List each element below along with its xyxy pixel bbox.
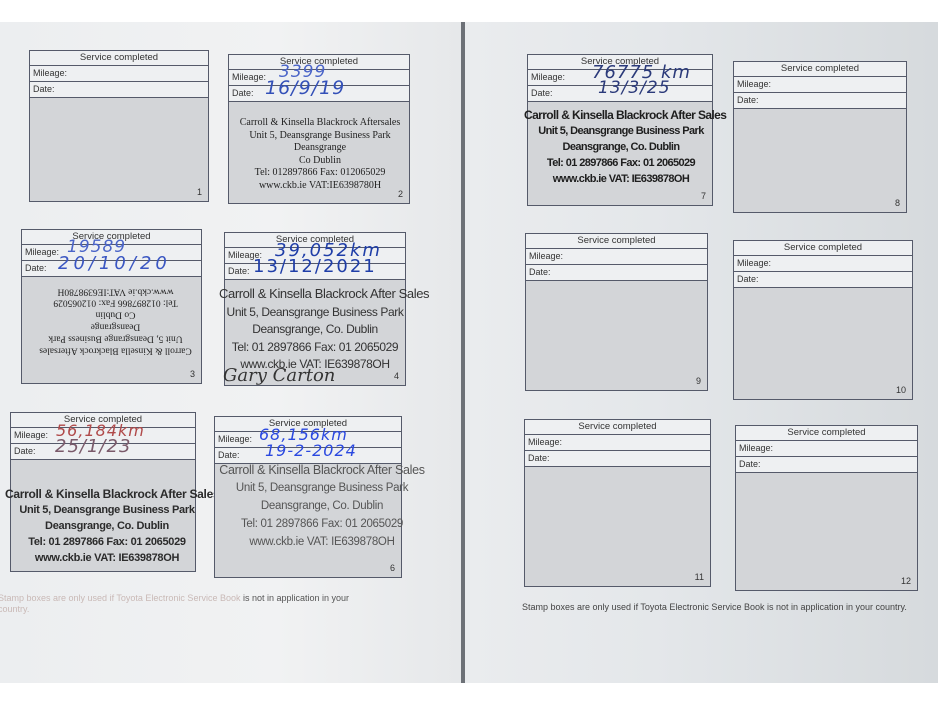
stamp-line: Unit 5, Deansgrange Business Park	[5, 503, 209, 519]
box-header: Service completed	[526, 234, 707, 249]
date-value: 20/10/20	[58, 256, 171, 271]
stamp-line: www.ckb.ie VAT:IE6398780H	[18, 284, 213, 296]
mileage-label: Mileage:	[25, 247, 59, 257]
stamp-line: Unit 5, Deansgrange Business Park	[219, 480, 425, 498]
stamp-line: Carroll & Kinsella Blackrock After Sales	[219, 461, 425, 480]
stamp-line: Deansgrange, Co. Dublin	[219, 321, 411, 338]
box-number: 9	[696, 376, 701, 386]
dealer-stamp: Carroll & Kinsella Blackrock After Sales…	[524, 107, 718, 188]
box-number: 6	[390, 563, 395, 573]
mileage-label: Mileage:	[33, 68, 67, 78]
dealer-stamp: Carroll & Kinsella Blackrock After Sales…	[219, 285, 411, 373]
mileage-label: Mileage:	[739, 443, 773, 453]
stamp-line: Tel: 01 2897866 Fax: 01 2065029	[219, 339, 411, 356]
stamp-line: Unit 5, Deansgrange Business Park	[524, 124, 718, 140]
date-label: Date:	[529, 267, 551, 277]
date-label: Date:	[531, 88, 553, 98]
stamp-line: Co Dublin	[221, 155, 419, 168]
stamp-line: Tel: 012897866 Fax: 012065029	[18, 296, 213, 308]
stamp-line: Carroll & Kinsella Blackrock Aftersales	[18, 343, 213, 355]
mileage-value: 68,156km	[259, 427, 348, 442]
stamp-line: Carroll & Kinsella Blackrock After Sales	[5, 486, 209, 503]
service-box-7: Service completed Mileage:76775 km Date:…	[527, 54, 713, 206]
box-header: Service completed	[30, 51, 208, 66]
stamp-line: Carroll & Kinsella Blackrock After Sales	[219, 285, 411, 304]
mileage-label: Mileage:	[531, 72, 565, 82]
box-header: Service completed	[734, 241, 912, 256]
date-value: 13/12/2021	[253, 259, 377, 274]
date-label: Date:	[232, 88, 254, 98]
stamp-line: www.ckb.ie VAT: IE639878OH	[524, 172, 718, 188]
mileage-label: Mileage:	[232, 72, 266, 82]
mileage-label: Mileage:	[218, 434, 252, 444]
date-field: Date:	[736, 457, 917, 473]
mileage-field: Mileage:	[736, 441, 917, 457]
date-value: 16/9/19	[265, 81, 345, 96]
stamp-line: Deansgrange	[221, 142, 419, 155]
mileage-field: Mileage:	[526, 249, 707, 265]
box-number: 10	[896, 385, 906, 395]
service-box-6: Service completed Mileage:68,156km Date:…	[214, 416, 402, 578]
dealer-stamp: Carroll & Kinsella Blackrock Aftersales …	[221, 117, 419, 192]
box-number: 1	[197, 187, 202, 197]
dealer-stamp-upside-down: Carroll & Kinsella Blackrock Aftersales …	[18, 284, 213, 355]
box-number: 11	[695, 572, 704, 582]
mileage-field: Mileage:	[734, 256, 912, 272]
box-number: 8	[895, 198, 900, 208]
service-box-12: Service completed Mileage: Date: 12	[735, 425, 918, 591]
service-box-9: Service completed Mileage: Date: 9	[525, 233, 708, 391]
stamp-line: Tel: 01 2897866 Fax: 01 2065029	[524, 156, 718, 172]
box-number: 3	[190, 369, 195, 379]
date-label: Date:	[218, 450, 240, 460]
stamp-line: www.ckb.ie VAT:IE6398780H	[221, 180, 419, 193]
date-field: Date:25/1/23	[11, 444, 195, 460]
footnote-rest: is not in application in your	[240, 593, 349, 603]
stamp-line: Deansgrange, Co. Dublin	[524, 140, 718, 156]
stamp-line: Tel: 012897866 Fax: 012065029	[221, 167, 419, 180]
service-box-5: Service completed Mileage:56,184km Date:…	[10, 412, 196, 572]
mileage-label: Mileage:	[737, 79, 771, 89]
mileage-label: Mileage:	[528, 437, 562, 447]
stamp-line: www.ckb.ie VAT: IE639878OH	[219, 534, 425, 552]
box-number: 2	[398, 189, 403, 199]
stamp-line: Tel: 01 2897866 Fax: 01 2065029	[219, 516, 425, 534]
stamp-line: www.ckb.ie VAT: IE639878OH	[5, 551, 209, 567]
service-box-1: Service completed Mileage: Date: 1	[29, 50, 209, 202]
date-field: Date:20/10/20	[22, 261, 201, 277]
box-header: Service completed	[736, 426, 917, 441]
service-box-11: Service completed Mileage: Date: 11	[524, 419, 711, 587]
date-label: Date:	[737, 95, 759, 105]
date-label: Date:	[737, 274, 759, 284]
stamp-line: Deansgrange, Co. Dublin	[219, 498, 425, 516]
date-value: 19-2-2024	[265, 443, 357, 458]
box-number: 7	[701, 191, 706, 201]
box-header: Service completed	[734, 62, 906, 77]
stamp-line: Deansgrange	[18, 320, 213, 332]
date-field: Date:16/9/19	[229, 86, 409, 102]
footnote-line2: country.	[0, 604, 29, 614]
mileage-label: Mileage:	[14, 430, 48, 440]
date-field: Date:	[525, 451, 710, 467]
stamp-line: Carroll & Kinsella Blackrock After Sales	[524, 107, 718, 124]
date-value: 13/3/25	[598, 81, 671, 96]
service-box-8: Service completed Mileage: Date: 8	[733, 61, 907, 213]
stamp-line: Unit 5, Deansgrange Business Park	[221, 130, 419, 143]
mileage-field: Mileage:	[734, 77, 906, 93]
stamp-line: Carroll & Kinsella Blackrock Aftersales	[221, 117, 419, 130]
mileage-field: Mileage:	[525, 435, 710, 451]
date-field: Date:	[526, 265, 707, 281]
service-box-2: Service completed Mileage:3399 Date:16/9…	[228, 54, 410, 204]
book-spine	[461, 22, 465, 683]
date-field: Date:13/3/25	[528, 86, 712, 102]
left-footnote: Stamp boxes are only used if Toyota Elec…	[0, 593, 398, 615]
date-label: Date:	[528, 453, 550, 463]
stamp-line: Unit 5, Deansgrange Business Park	[18, 332, 213, 344]
date-field: Date:	[30, 82, 208, 98]
mileage-label: Mileage:	[529, 251, 563, 261]
stamp-line: Unit 5, Deansgrange Business Park	[219, 304, 411, 321]
date-value: 25/1/23	[55, 439, 131, 454]
footnote-faded-part: Stamp boxes are only used if Toyota Elec…	[0, 593, 240, 603]
mileage-label: Mileage:	[737, 258, 771, 268]
stamp-line: Co Dublin	[18, 308, 213, 320]
box-number: 4	[394, 371, 399, 381]
right-footnote: Stamp boxes are only used if Toyota Elec…	[522, 602, 907, 613]
date-label: Date:	[33, 84, 55, 94]
box-header: Service completed	[525, 420, 710, 435]
date-label: Date:	[14, 446, 36, 456]
dealer-stamp: Carroll & Kinsella Blackrock After Sales…	[219, 461, 425, 552]
mileage-field: Mileage:	[30, 66, 208, 82]
date-label: Date:	[739, 459, 761, 469]
date-field: Date:	[734, 272, 912, 288]
service-box-10: Service completed Mileage: Date: 10	[733, 240, 913, 400]
date-label: Date:	[228, 266, 250, 276]
technician-signature: Gary Carton	[223, 365, 335, 386]
date-label: Date:	[25, 263, 47, 273]
service-box-4: Service completed Mileage:39,052km Date:…	[224, 232, 406, 386]
date-field: Date:	[734, 93, 906, 109]
date-field: Date:13/12/2021	[225, 264, 405, 280]
box-number: 12	[901, 576, 911, 586]
stamp-line: Tel: 01 2897866 Fax: 01 2065029	[5, 535, 209, 551]
stamp-line: Deansgrange, Co. Dublin	[5, 519, 209, 535]
service-box-3: Service completed Mileage:19589 Date:20/…	[21, 229, 202, 384]
dealer-stamp: Carroll & Kinsella Blackrock After Sales…	[5, 486, 209, 567]
